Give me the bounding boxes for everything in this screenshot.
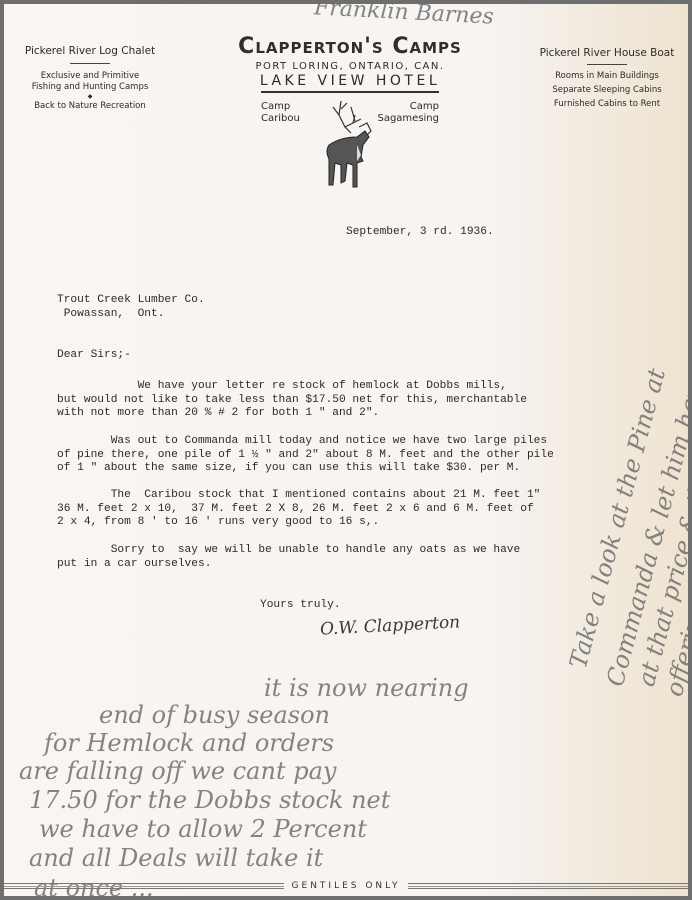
letter-page: Pickerel River Log Chalet Exclusive and … bbox=[4, 4, 688, 896]
handwritten-note-line: end of busy season bbox=[99, 703, 330, 728]
handwritten-note-line: it is now nearing bbox=[264, 676, 469, 701]
text-line: of 1 " about the same size, if you can u… bbox=[57, 462, 554, 476]
text-line: but would not like to take less than $17… bbox=[57, 394, 527, 408]
footer-label: GENTILES ONLY bbox=[284, 881, 409, 891]
closing: Yours truly. bbox=[260, 599, 341, 613]
handwritten-note-line: are falling off we cant pay bbox=[19, 759, 336, 784]
left-line: Back to Nature Recreation bbox=[10, 101, 170, 112]
recipient-address: Trout Creek Lumber Co. Powassan, Ont. bbox=[57, 294, 205, 321]
handwritten-note-line: for Hemlock and orders bbox=[44, 731, 334, 756]
divider bbox=[70, 63, 110, 64]
paragraph: Was out to Commanda mill today and notic… bbox=[57, 435, 554, 476]
handwritten-note-line: 17.50 for the Dobbs stock net bbox=[29, 788, 390, 813]
handwritten-note-line: we have to allow 2 Percent bbox=[39, 817, 367, 842]
camp-sagamesing: Camp Sagamesing bbox=[377, 101, 439, 125]
recipient-line: Trout Creek Lumber Co. bbox=[57, 294, 205, 308]
text-line: with not more than 20 % # 2 for both 1 "… bbox=[57, 407, 527, 421]
letterhead-footer: GENTILES ONLY bbox=[4, 880, 688, 892]
letter-date: September, 3 rd. 1936. bbox=[346, 226, 494, 240]
letterhead-center: Clapperton's Camps PORT LORING, ONTARIO,… bbox=[200, 34, 500, 197]
signature: O.W. Clapperton bbox=[320, 612, 461, 639]
text-line: Was out to Commanda mill today and notic… bbox=[57, 435, 554, 449]
hotel-name: LAKE VIEW HOTEL bbox=[200, 73, 500, 89]
camp-label: Camp bbox=[261, 101, 300, 113]
divider bbox=[261, 91, 439, 93]
text-line: The Caribou stock that I mentioned conta… bbox=[57, 489, 540, 503]
letterhead-right-block: Pickerel River House Boat Rooms in Main … bbox=[532, 46, 682, 111]
footer-rule-right bbox=[408, 883, 688, 889]
paragraph: The Caribou stock that I mentioned conta… bbox=[57, 489, 540, 530]
left-line: Fishing and Hunting Camps bbox=[10, 82, 170, 93]
handwritten-note-top: Franklin Barnes bbox=[313, 4, 494, 30]
footer-rule-left bbox=[4, 883, 284, 889]
divider bbox=[587, 64, 627, 65]
right-line: Separate Sleeping Cabins bbox=[532, 83, 682, 97]
text-line: 36 M. feet 2 x 10, 37 M. feet 2 X 8, 26 … bbox=[57, 503, 540, 517]
camp-label: Camp bbox=[377, 101, 439, 113]
company-name: Clapperton's Camps bbox=[200, 34, 500, 59]
camp-name: Caribou bbox=[261, 113, 300, 125]
company-location: PORT LORING, ONTARIO, CAN. bbox=[200, 61, 500, 72]
log-chalet-title: Pickerel River Log Chalet bbox=[10, 46, 170, 57]
house-boat-title: Pickerel River House Boat bbox=[532, 46, 682, 60]
salutation: Dear Sirs;- bbox=[57, 349, 131, 363]
letterhead-left-block: Pickerel River Log Chalet Exclusive and … bbox=[10, 46, 170, 112]
handwritten-note-line: and all Deals will take it bbox=[29, 846, 323, 871]
text-line: We have your letter re stock of hemlock … bbox=[57, 380, 527, 394]
camps-row: Camp Caribou Camp Sagamesing bbox=[261, 97, 439, 197]
text-line: of pine there, one pile of 1 ½ " and 2" … bbox=[57, 449, 554, 463]
text-line: Sorry to say we will be unable to handle… bbox=[57, 544, 520, 558]
paragraph: We have your letter re stock of hemlock … bbox=[57, 380, 527, 421]
recipient-line: Powassan, Ont. bbox=[57, 308, 205, 322]
left-line: Exclusive and Primitive bbox=[10, 71, 170, 82]
diamond-icon: ◆ bbox=[10, 93, 170, 101]
text-line: put in a car ourselves. bbox=[57, 558, 520, 572]
camp-caribou: Camp Caribou bbox=[261, 101, 300, 125]
right-line: Furnished Cabins to Rent bbox=[532, 97, 682, 111]
right-line: Rooms in Main Buildings bbox=[532, 69, 682, 83]
camp-name: Sagamesing bbox=[377, 113, 439, 125]
text-line: 2 x 4, from 8 ' to 16 ' runs very good t… bbox=[57, 516, 540, 530]
paragraph: Sorry to say we will be unable to handle… bbox=[57, 544, 520, 571]
